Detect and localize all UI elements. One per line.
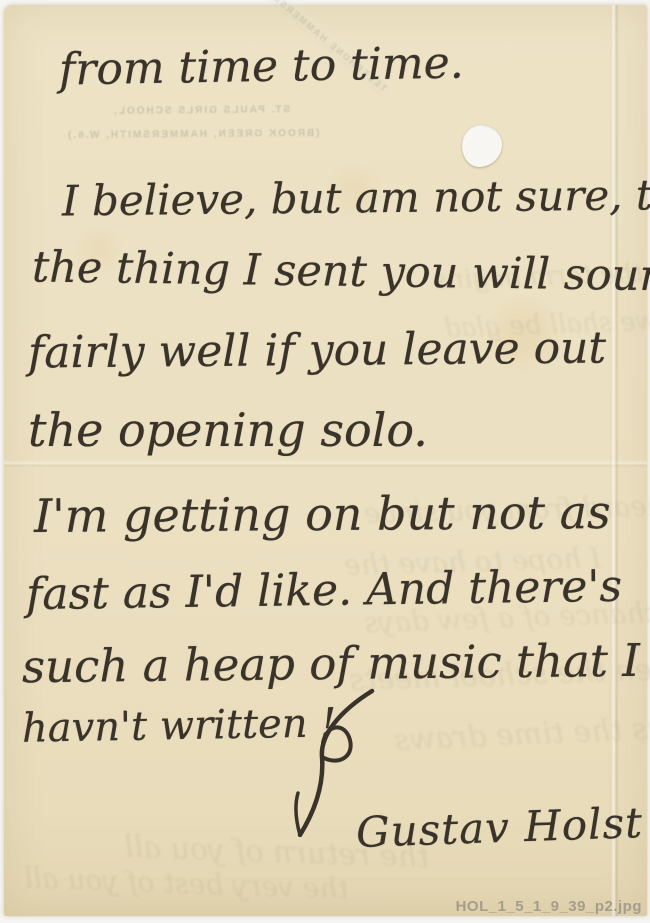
letter-line-7: fast as I'd like. And there's xyxy=(26,561,623,620)
letterhead-showthrough-line2: (BROOK GREEN, HAMMERSMITH, W.6.) xyxy=(66,128,320,141)
vertical-fold-crease xyxy=(610,5,619,916)
letter-line-1: from time to time. xyxy=(59,37,465,95)
scanned-letter-page: ST. PAULS GIRLS SCHOOL, (BROOK GREEN, HA… xyxy=(0,0,650,923)
filename-watermark: HOL_1_5_1_9_39_p2.jpg xyxy=(456,898,642,915)
punch-hole xyxy=(462,125,502,167)
paper-sheet: ST. PAULS GIRLS SCHOOL, (BROOK GREEN, HA… xyxy=(4,5,647,916)
horizontal-fold-crease xyxy=(4,460,647,468)
letter-line-5: the opening solo. xyxy=(28,403,428,457)
letter-line-3: the thing I sent you will sound xyxy=(32,242,650,301)
signature: Gustav Holst xyxy=(355,798,643,857)
letterhead-showthrough-line1: ST. PAULS GIRLS SCHOOL, xyxy=(112,104,290,117)
letter-line-6: I'm getting on but not as xyxy=(34,485,611,543)
letter-line-2: I believe, but am not sure, that xyxy=(62,170,650,226)
letter-line-8: such a heap of music that I xyxy=(22,634,641,693)
letter-line-4: fairly well if you leave out xyxy=(28,322,607,378)
